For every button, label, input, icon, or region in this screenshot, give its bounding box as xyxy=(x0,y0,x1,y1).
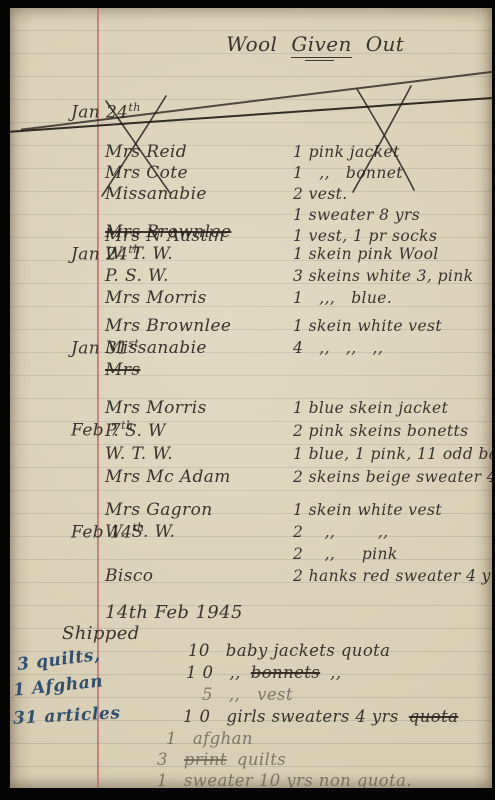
shipped-item: 1 0,,bonnets,, xyxy=(186,663,341,682)
scanned-ledger-page: WoolGivenOut Jan 24th Mrs Reid1 pink jac… xyxy=(0,0,495,800)
recipient-name: Mrs Brownlee xyxy=(105,316,293,336)
shipped-item: 10baby jackets quota xyxy=(188,641,400,660)
items-given xyxy=(293,360,492,361)
items-given: 1 pink jacket xyxy=(293,142,492,161)
items-given: 3 skeins white 3, pink xyxy=(293,266,492,285)
entry-row: 2 ,, pink xyxy=(105,544,492,566)
items-given: 1 blue skein jacket xyxy=(293,398,492,417)
entry-row: Mrs xyxy=(105,360,492,382)
entry-row: W. T. W.1 blue, 1 pink, 11 odd balls xyxy=(105,444,492,467)
shipped-label: Shipped xyxy=(62,623,140,644)
items-given: 1 ,,, blue. xyxy=(293,288,492,307)
recipient-name: Mrs Reid xyxy=(105,142,293,162)
ledger-entry: Jan 24th Mrs Reid1 pink jacket Mrs Cote1… xyxy=(10,80,492,142)
entry-row: Missanabie4 ,, ,, ,, xyxy=(105,338,492,360)
items-given: 1 ,, bonnet xyxy=(293,163,492,182)
entry-row: Mrs Morris1 ,,, blue. xyxy=(105,288,492,310)
entry-row: Bisco2 hanks red sweater 4 yr xyxy=(105,566,492,588)
recipient-name: Mrs Morris xyxy=(105,288,293,308)
entry-row: Mrs Reid1 pink jacket xyxy=(105,142,492,163)
recipient-name: P. S. W. xyxy=(105,266,293,286)
shipped-item: 5,, vest xyxy=(202,685,303,704)
recipient-name: Mrs Morris xyxy=(105,398,293,418)
items-given: 1 skein white vest xyxy=(293,316,492,335)
recipient-name: Mrs xyxy=(105,360,293,380)
items-given: 1 skein pink Wool xyxy=(293,244,492,263)
title-word-out: Out xyxy=(366,32,405,56)
items-given: 4 ,, ,, ,, xyxy=(293,338,492,357)
entry-row: Mrs Mc Adam2 skeins beige sweater 4 yr xyxy=(105,467,492,490)
entry-row: W. T. W.1 skein pink Wool xyxy=(105,244,492,266)
ruled-paper: WoolGivenOut Jan 24th Mrs Reid1 pink jac… xyxy=(10,8,492,788)
recipient-name: W. T. W. xyxy=(105,244,293,264)
shipped-item: 1afghan xyxy=(166,729,263,748)
entry-row: P. S. W2 pink skeins bonetts xyxy=(105,421,492,444)
recipient-name: Mrs Mc Adam xyxy=(105,467,293,487)
recipient-name: Missanabie xyxy=(105,338,293,358)
recipient-name: Mrs Brownlee xyxy=(105,222,293,242)
items-given: 2 hanks red sweater 4 yr xyxy=(293,566,492,585)
margin-note: 31 articles xyxy=(13,703,122,729)
page-title: WoolGivenOut xyxy=(172,8,404,80)
items-given: 1 sweater 8 yrs xyxy=(293,205,492,224)
items-given xyxy=(293,222,492,223)
recipient-name: Missanabie xyxy=(105,184,293,204)
items-given: 2 skeins beige sweater 4 yr xyxy=(293,467,492,486)
entry-row: P. S. W.3 skeins white 3, pink xyxy=(105,266,492,288)
recipient-name: Mrs Cote xyxy=(105,163,293,183)
entry-row: Missanabie2 vest. xyxy=(105,184,492,205)
shipped-item: 1 0girls sweaters 4 yrsquota xyxy=(183,707,468,726)
entry-date: Jan 24th xyxy=(13,81,492,143)
items-given: 1 skein white vest xyxy=(293,500,492,519)
recipient-name: W. S. W. xyxy=(105,522,293,542)
shipped-item: 1sweater 10 yrs non quota. xyxy=(157,771,422,788)
entry-row: Mrs Brownlee1 skein white vest xyxy=(105,316,492,338)
shipped-item: 3printquilts xyxy=(157,750,286,769)
recipient-name: Mrs Gagron xyxy=(105,500,293,520)
entry-row: Mrs Morris1 blue skein jacket xyxy=(105,398,492,421)
entry-row: Mrs Gagron1 skein white vest xyxy=(105,500,492,522)
title-word-given-underlined: Given xyxy=(291,32,351,58)
entry-row: Mrs Cote1 ,, bonnet xyxy=(105,163,492,184)
recipient-name: P. S. W xyxy=(105,421,293,441)
title-word-wool: Wool xyxy=(226,32,277,56)
items-given: 2 ,, ,, xyxy=(293,522,492,541)
recipient-name: Bisco xyxy=(105,566,293,586)
recipient-name: W. T. W. xyxy=(105,444,293,464)
entry-row: Mrs Brownlee xyxy=(105,222,492,244)
items-given: 2 vest. xyxy=(293,184,492,203)
shipped-date: 14th Feb 1945 xyxy=(105,602,243,623)
items-given: 2 pink skeins bonetts xyxy=(293,421,492,440)
items-given: 2 ,, pink xyxy=(293,544,492,563)
entry-row: W. S. W.2 ,, ,, xyxy=(105,522,492,544)
items-given: 1 blue, 1 pink, 11 odd balls xyxy=(293,444,492,463)
